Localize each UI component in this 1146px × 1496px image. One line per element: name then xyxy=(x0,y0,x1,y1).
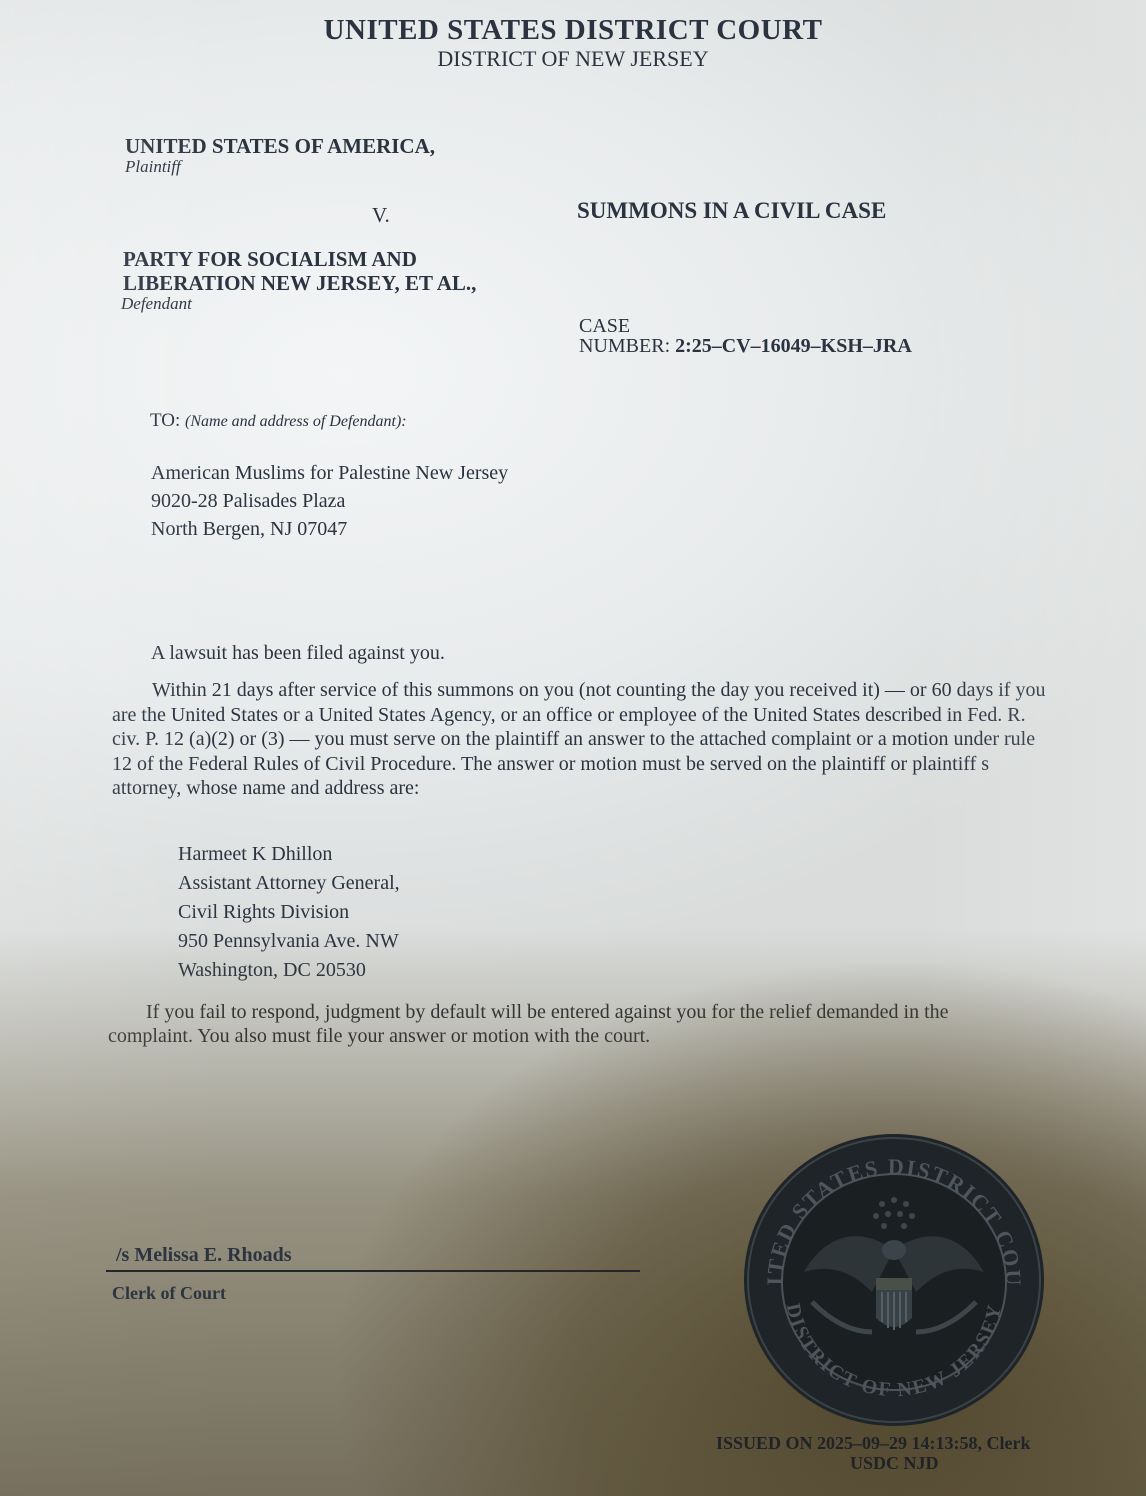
attorney-division: Civil Rights Division xyxy=(178,901,349,924)
to-label: TO: xyxy=(150,410,180,431)
recipient-street: 9020-28 Palisades Plaza xyxy=(151,490,345,513)
response-instructions: Within 21 days after service of this sum… xyxy=(112,678,1047,801)
plaintiff-role: Plaintiff xyxy=(125,157,181,177)
recipient-label: TO: (Name and address of Defendant): xyxy=(150,410,407,432)
case-number-label: NUMBER: xyxy=(579,335,670,357)
court-district: DISTRICT OF NEW JERSEY xyxy=(0,46,1146,72)
document-type-title: SUMMONS IN A CIVIL CASE xyxy=(577,198,886,224)
recipient-name: American Muslims for Palestine New Jerse… xyxy=(151,462,508,485)
eagle-seal-icon: UNITED STATES DISTRICT COURT DISTRICT OF… xyxy=(742,1132,1046,1428)
court-title: UNITED STATES DISTRICT COURT xyxy=(0,14,1146,47)
attorney-city: Washington, DC 20530 xyxy=(178,959,366,982)
signature-line xyxy=(106,1270,640,1272)
case-number: 2:25–CV–16049–KSH–JRA xyxy=(675,335,912,357)
plaintiff-name: UNITED STATES OF AMERICA, xyxy=(125,134,435,159)
to-hint: (Name and address of Defendant): xyxy=(185,413,407,430)
recipient-city: North Bergen, NJ 07047 xyxy=(151,518,347,541)
defendant-name-line1: PARTY FOR SOCIALISM AND xyxy=(123,247,417,272)
defendant-name-line2: LIBERATION NEW JERSEY, ET AL., xyxy=(123,271,476,296)
defendant-role: Defendant xyxy=(121,294,192,314)
clerk-signature: /s Melissa E. Rhoads xyxy=(116,1244,292,1267)
versus-label: V. xyxy=(372,203,390,228)
clerk-title: Clerk of Court xyxy=(112,1283,226,1304)
case-number-row: NUMBER: 2:25–CV–16049–KSH–JRA xyxy=(579,335,912,358)
default-warning: If you fail to respond, judgment by defa… xyxy=(108,1000,988,1048)
attorney-title: Assistant Attorney General, xyxy=(178,872,400,895)
attorney-name: Harmeet K Dhillon xyxy=(178,843,332,866)
lawsuit-notice: A lawsuit has been filed against you. xyxy=(151,642,445,665)
attorney-street: 950 Pennsylvania Ave. NW xyxy=(178,930,399,953)
issued-timestamp: ISSUED ON 2025–09–29 14:13:58, Clerk xyxy=(716,1433,1031,1454)
issued-court-code: USDC NJD xyxy=(850,1453,939,1474)
